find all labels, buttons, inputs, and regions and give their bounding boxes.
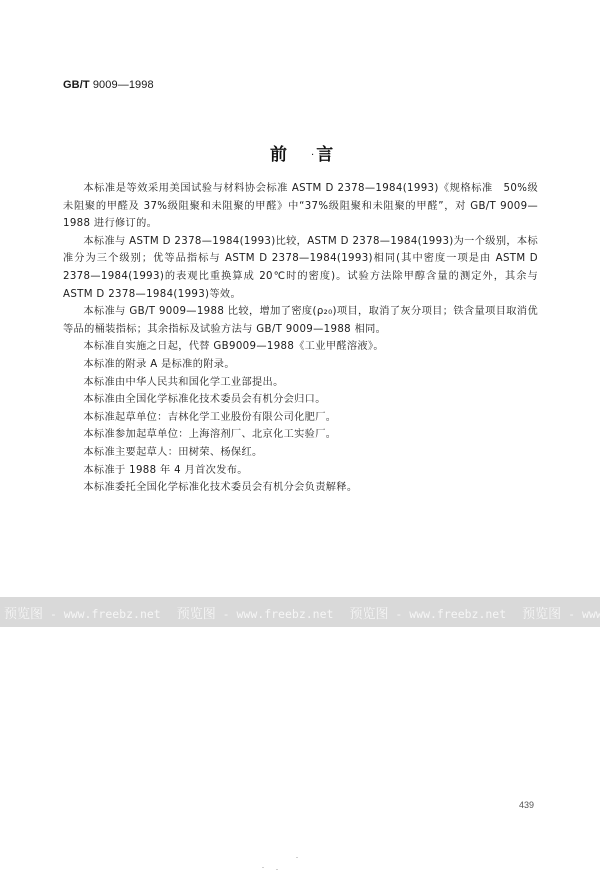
paragraph-proposed-by: 本标准由中华人民共和国化学工业部提出。: [63, 374, 538, 392]
paragraph-participating-units: 本标准参加起草单位：上海溶剂厂、北京化工实验厂。: [63, 426, 538, 444]
paragraph-astm-comparison: 本标准与 ASTM D 2378—1984(1993)比较，ASTM D 237…: [63, 233, 538, 303]
watermark-item: 预览图 - www.freebz.net: [349, 603, 506, 622]
watermark-item: 预览图 - www.freebz.net: [522, 603, 600, 622]
paragraph-first-release: 本标准于 1988 年 4 月首次发布。: [63, 462, 538, 480]
scan-speck: [276, 869, 278, 870]
watermark-item: 预览图 - www.freebz.net: [4, 603, 161, 622]
paragraph-gbt-comparison: 本标准与 GB/T 9009—1988 比较，增加了密度(ρ₂₀)项目，取消了灰…: [63, 303, 538, 338]
title-char-2: 言: [316, 145, 333, 165]
title-char-1: 前: [270, 145, 287, 165]
page-title: 前·言: [270, 140, 333, 165]
paragraph-appendix: 本标准的附录 A 是标准的附录。: [63, 356, 538, 374]
scan-speck: [262, 867, 264, 868]
paragraph-interpretation: 本标准委托全国化学标准化技术委员会有机分会负责解释。: [63, 479, 538, 497]
standard-code-number: 9009—1998: [93, 79, 154, 91]
standard-code: GB/T 9009—1998: [63, 79, 154, 91]
paragraph-drafters: 本标准主要起草人：田树荣、杨保红。: [63, 444, 538, 462]
title-dot: ·: [311, 150, 314, 161]
paragraph-drafting-unit: 本标准起草单位：吉林化学工业股份有限公司化肥厂。: [63, 409, 538, 427]
document-page: GB/T 9009—1998 前·言 本标准是等效采用美国试验与材料协会标准 A…: [0, 0, 600, 896]
paragraph-equivalence: 本标准是等效采用美国试验与材料协会标准 ASTM D 2378—1984(199…: [63, 180, 538, 233]
page-number: 439: [519, 800, 534, 810]
watermark-band: 预览图 - www.freebz.net 预览图 - www.freebz.ne…: [0, 597, 600, 627]
paragraph-centralized-by: 本标准由全国化学标准化技术委员会有机分会归口。: [63, 391, 538, 409]
watermark-item: 预览图 - www.freebz.net: [177, 603, 334, 622]
foreword-body: 本标准是等效采用美国试验与材料协会标准 ASTM D 2378—1984(199…: [63, 180, 538, 497]
paragraph-replacement: 本标准自实施之日起，代替 GB9009—1988《工业甲醛溶液》。: [63, 338, 538, 356]
standard-code-prefix: GB/T: [63, 79, 90, 91]
scan-speck: [296, 857, 298, 858]
